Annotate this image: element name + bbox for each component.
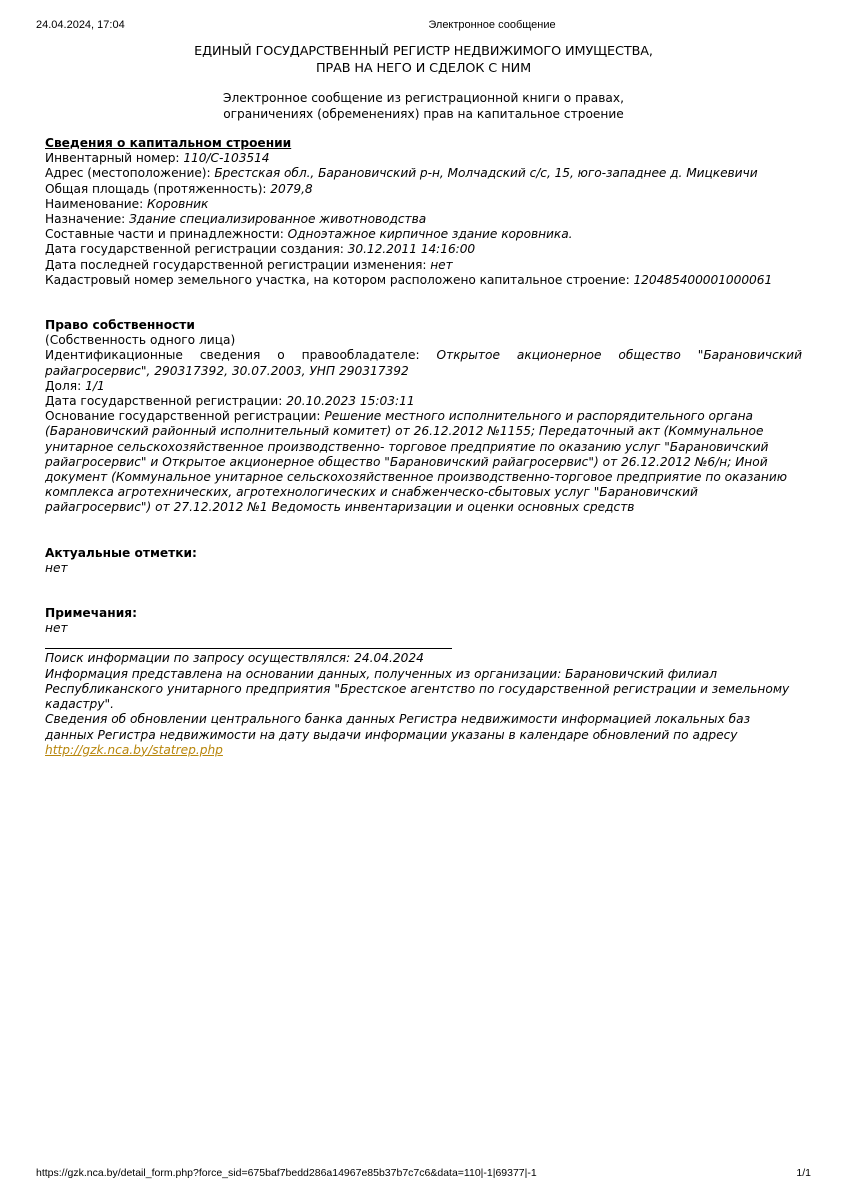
- field-value: Брестская обл., Барановичский р-н, Молча…: [214, 166, 757, 180]
- field-value: Решение местного исполнительного и распо…: [45, 409, 787, 514]
- field-registration-date: Дата государственной регистрации: 20.10.…: [45, 394, 802, 409]
- document-title-line: ПРАВ НА НЕГО И СДЕЛОК С НИМ: [45, 61, 802, 78]
- document-subtitle-line: ограничениях (обременениях) прав на капи…: [45, 107, 802, 123]
- print-footer: https://gzk.nca.by/detail_form.php?force…: [0, 1167, 848, 1183]
- field-inventory-number: Инвентарный номер: 110/С-103514: [45, 151, 802, 166]
- field-value: 1/1: [85, 379, 105, 393]
- document-title-line: ЕДИНЫЙ ГОСУДАРСТВЕННЫЙ РЕГИСТР НЕДВИЖИМО…: [45, 44, 802, 61]
- field-cadastral-number: Кадастровый номер земельного участка, на…: [45, 273, 802, 288]
- field-label: Адрес (местоположение):: [45, 166, 214, 180]
- field-purpose: Назначение: Здание специализированное жи…: [45, 212, 802, 227]
- field-label: Инвентарный номер:: [45, 151, 183, 165]
- statrep-link[interactable]: http://gzk.nca.by/statrep.php: [45, 743, 223, 757]
- print-page-title: Электронное сообщение: [0, 19, 848, 31]
- field-label: Наименование:: [45, 197, 147, 211]
- field-label: Доля:: [45, 379, 85, 393]
- field-name: Наименование: Коровник: [45, 197, 802, 212]
- field-address: Адрес (местоположение): Брестская обл., …: [45, 166, 802, 181]
- field-registration-basis: Основание государственной регистрации: Р…: [45, 409, 802, 515]
- field-value: 30.12.2011 14:16:00: [348, 242, 475, 256]
- document-title: ЕДИНЫЙ ГОСУДАРСТВЕННЫЙ РЕГИСТР НЕДВИЖИМО…: [45, 44, 802, 77]
- field-creation-date: Дата государственной регистрации создани…: [45, 242, 802, 257]
- field-area: Общая площадь (протяженность): 2079,8: [45, 182, 802, 197]
- ownership-section-title: Право собственности: [45, 318, 802, 333]
- field-value: Одноэтажное кирпичное здание коровника.: [288, 227, 573, 241]
- ownership-type: (Собственность одного лица): [45, 333, 802, 348]
- field-label: Составные части и принадлежности:: [45, 227, 288, 241]
- field-label: Общая площадь (протяженность):: [45, 182, 270, 196]
- field-components: Составные части и принадлежности: Одноэт…: [45, 227, 802, 242]
- building-section: Сведения о капитальном строении Инвентар…: [45, 136, 802, 288]
- field-last-change-date: Дата последней государственной регистрац…: [45, 258, 802, 273]
- field-value: 20.10.2023 15:03:11: [286, 394, 414, 408]
- field-value: 110/С-103514: [183, 151, 269, 165]
- field-value: нет: [430, 258, 452, 272]
- field-label: Идентификационные сведения о правооблада…: [45, 348, 437, 362]
- current-marks-title: Актуальные отметки:: [45, 546, 802, 561]
- footer-divider: [45, 648, 452, 649]
- current-marks-value: нет: [45, 561, 802, 576]
- update-info-note: Сведения об обновлении центрального банк…: [45, 712, 802, 742]
- current-marks-section: Актуальные отметки: нет: [45, 546, 802, 576]
- document-subtitle: Электронное сообщение из регистрационной…: [45, 91, 802, 122]
- field-label: Основание государственной регистрации:: [45, 409, 324, 423]
- notes-value: нет: [45, 621, 802, 636]
- field-label: Назначение:: [45, 212, 129, 226]
- document-body: ЕДИНЫЙ ГОСУДАРСТВЕННЫЙ РЕГИСТР НЕДВИЖИМО…: [45, 44, 802, 758]
- search-date-note: Поиск информации по запросу осуществлялс…: [45, 651, 802, 666]
- notes-title: Примечания:: [45, 606, 802, 621]
- print-header: 24.04.2024, 17:04 Электронное сообщение: [0, 19, 848, 35]
- field-label: Кадастровый номер земельного участка, на…: [45, 273, 633, 287]
- source-info-note: Информация представлена на основании дан…: [45, 667, 802, 713]
- field-label: Дата последней государственной регистрац…: [45, 258, 430, 272]
- notes-section: Примечания: нет: [45, 606, 802, 636]
- page-url: https://gzk.nca.by/detail_form.php?force…: [36, 1167, 537, 1179]
- document-subtitle-line: Электронное сообщение из регистрационной…: [45, 91, 802, 107]
- ownership-section: Право собственности (Собственность одног…: [45, 318, 802, 516]
- footer-notes: Поиск информации по запросу осуществлялс…: [45, 651, 802, 757]
- field-rightholder: Идентификационные сведения о правооблада…: [45, 348, 802, 378]
- field-value: 2079,8: [270, 182, 312, 196]
- field-value: Коровник: [147, 197, 208, 211]
- field-share: Доля: 1/1: [45, 379, 802, 394]
- field-value: 120485400001000061: [633, 273, 772, 287]
- field-label: Дата государственной регистрации:: [45, 394, 286, 408]
- building-section-title: Сведения о капитальном строении: [45, 136, 802, 151]
- field-value: Здание специализированное животноводства: [129, 212, 426, 226]
- field-label: Дата государственной регистрации создани…: [45, 242, 348, 256]
- page-number: 1/1: [796, 1167, 811, 1179]
